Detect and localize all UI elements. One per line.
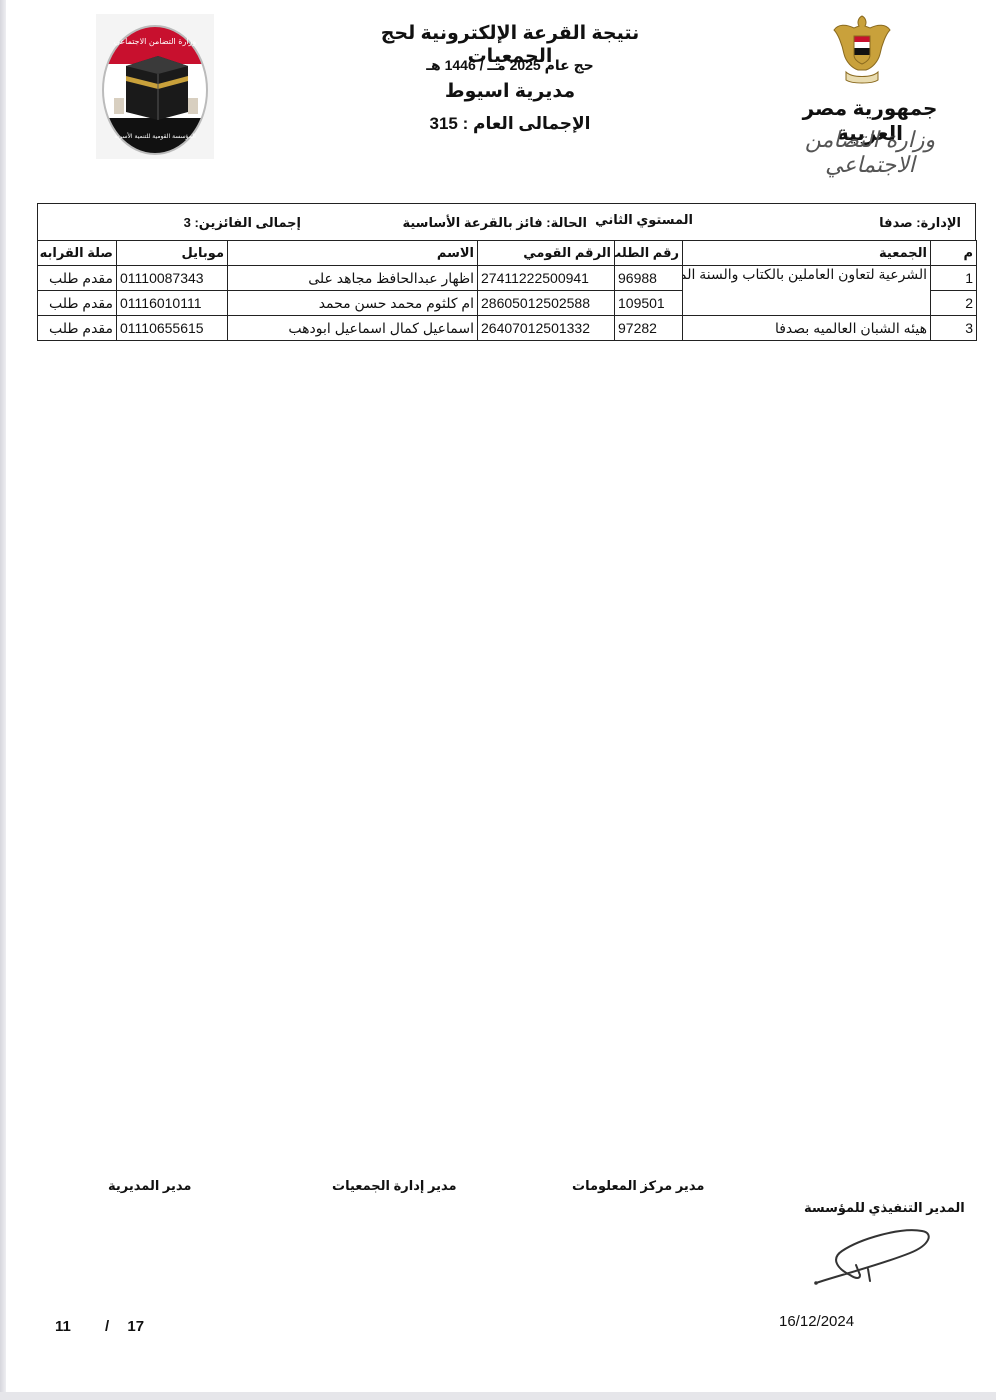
cell-name: اسماعيل كمال اسماعيل ابودهب <box>228 316 478 341</box>
table-header-row: م الجمعية رقم الطلب الرقم القومي الاسم م… <box>38 241 977 266</box>
table-row: 1 الشرعية لتعاون العاملين بالكتاب والسنة… <box>38 266 977 291</box>
col-national-id: الرقم القومي <box>478 241 615 266</box>
cell-request-no: 96988 <box>615 266 683 291</box>
cell-national-id: 27411222500941 <box>478 266 615 291</box>
page-total: 17 <box>127 1318 144 1335</box>
col-name: الاسم <box>228 241 478 266</box>
svg-text:وزارة التضامن الاجتماعي: وزارة التضامن الاجتماعي <box>114 37 197 46</box>
page-current: 11 <box>55 1318 71 1335</box>
table-row: 3 هيئه الشبان العالميه بصدفا 97282 26407… <box>38 316 977 341</box>
kaaba-logo-icon: وزارة التضامن الاجتماعي المؤسسة القومية … <box>96 14 214 159</box>
document-subtitle: حج عام 2025 مــ / 1446 هـ <box>340 57 680 74</box>
page-indicator: 11 / 17 <box>55 1318 144 1335</box>
ministry-name: وزارة التضامن الاجتماعي <box>770 128 970 178</box>
col-relation: صلة القرابه <box>38 241 117 266</box>
scan-bottom-edge <box>0 1392 996 1400</box>
winners-total-label: إجمالى الفائزين: 3 <box>184 215 301 231</box>
cell-national-id: 26407012501332 <box>478 316 615 341</box>
cell-association: الشرعية لتعاون العاملين بالكتاب والسنة ا… <box>683 266 931 316</box>
executive-director-label: المدير التنفيذي للمؤسسة <box>804 1200 965 1216</box>
svg-text:المؤسسة القومية للتنمية الأسري: المؤسسة القومية للتنمية الأسرية <box>114 132 196 140</box>
signature-icon <box>810 1225 940 1295</box>
table-info-row: الإدارة: صدفا المستوي الثاني الحالة: فائ… <box>37 203 976 240</box>
directorate-name: مديرية اسيوط <box>340 80 680 103</box>
cell-request-no: 97282 <box>615 316 683 341</box>
cell-mobile: 01110087343 <box>117 266 228 291</box>
cell-index: 1 <box>931 266 977 291</box>
status-label: الحالة: فائز بالقرعة الأساسية <box>402 215 587 231</box>
cell-mobile: 01116010111 <box>117 291 228 316</box>
cell-association: هيئه الشبان العالميه بصدفا <box>683 316 931 341</box>
page-separator: / <box>105 1318 109 1335</box>
cell-mobile: 01110655615 <box>117 316 228 341</box>
kaaba-logo: وزارة التضامن الاجتماعي المؤسسة القومية … <box>96 14 214 159</box>
cell-index: 3 <box>931 316 977 341</box>
admin-label: الإدارة: صدفا <box>879 215 961 231</box>
eagle-emblem-icon <box>832 14 892 90</box>
results-table-container: الإدارة: صدفا المستوي الثاني الحالة: فائ… <box>37 203 976 341</box>
level-label: المستوي الثاني <box>595 212 693 228</box>
col-association: الجمعية <box>683 241 931 266</box>
cell-index: 2 <box>931 291 977 316</box>
directorate-manager-label: مدير المديرية <box>108 1178 191 1194</box>
document-date: 16/12/2024 <box>779 1313 854 1330</box>
cell-relation: مقدم طلب <box>38 291 117 316</box>
associations-manager-label: مدير إدارة الجمعيات <box>332 1178 457 1194</box>
results-table: م الجمعية رقم الطلب الرقم القومي الاسم م… <box>37 240 977 341</box>
cell-request-no: 109501 <box>615 291 683 316</box>
cell-name: اظهار عبدالحافظ مجاهد على <box>228 266 478 291</box>
grand-total: الإجمالى العام : 315 <box>340 114 680 134</box>
scan-left-edge <box>0 0 6 1400</box>
col-index: م <box>931 241 977 266</box>
cell-relation: مقدم طلب <box>38 266 117 291</box>
cell-relation: مقدم طلب <box>38 316 117 341</box>
col-request-no: رقم الطلب <box>615 241 683 266</box>
cell-national-id: 28605012502588 <box>478 291 615 316</box>
cell-name: ام كلثوم محمد حسن محمد <box>228 291 478 316</box>
info-center-manager-label: مدير مركز المعلومات <box>572 1178 704 1194</box>
col-mobile: موبايل <box>117 241 228 266</box>
